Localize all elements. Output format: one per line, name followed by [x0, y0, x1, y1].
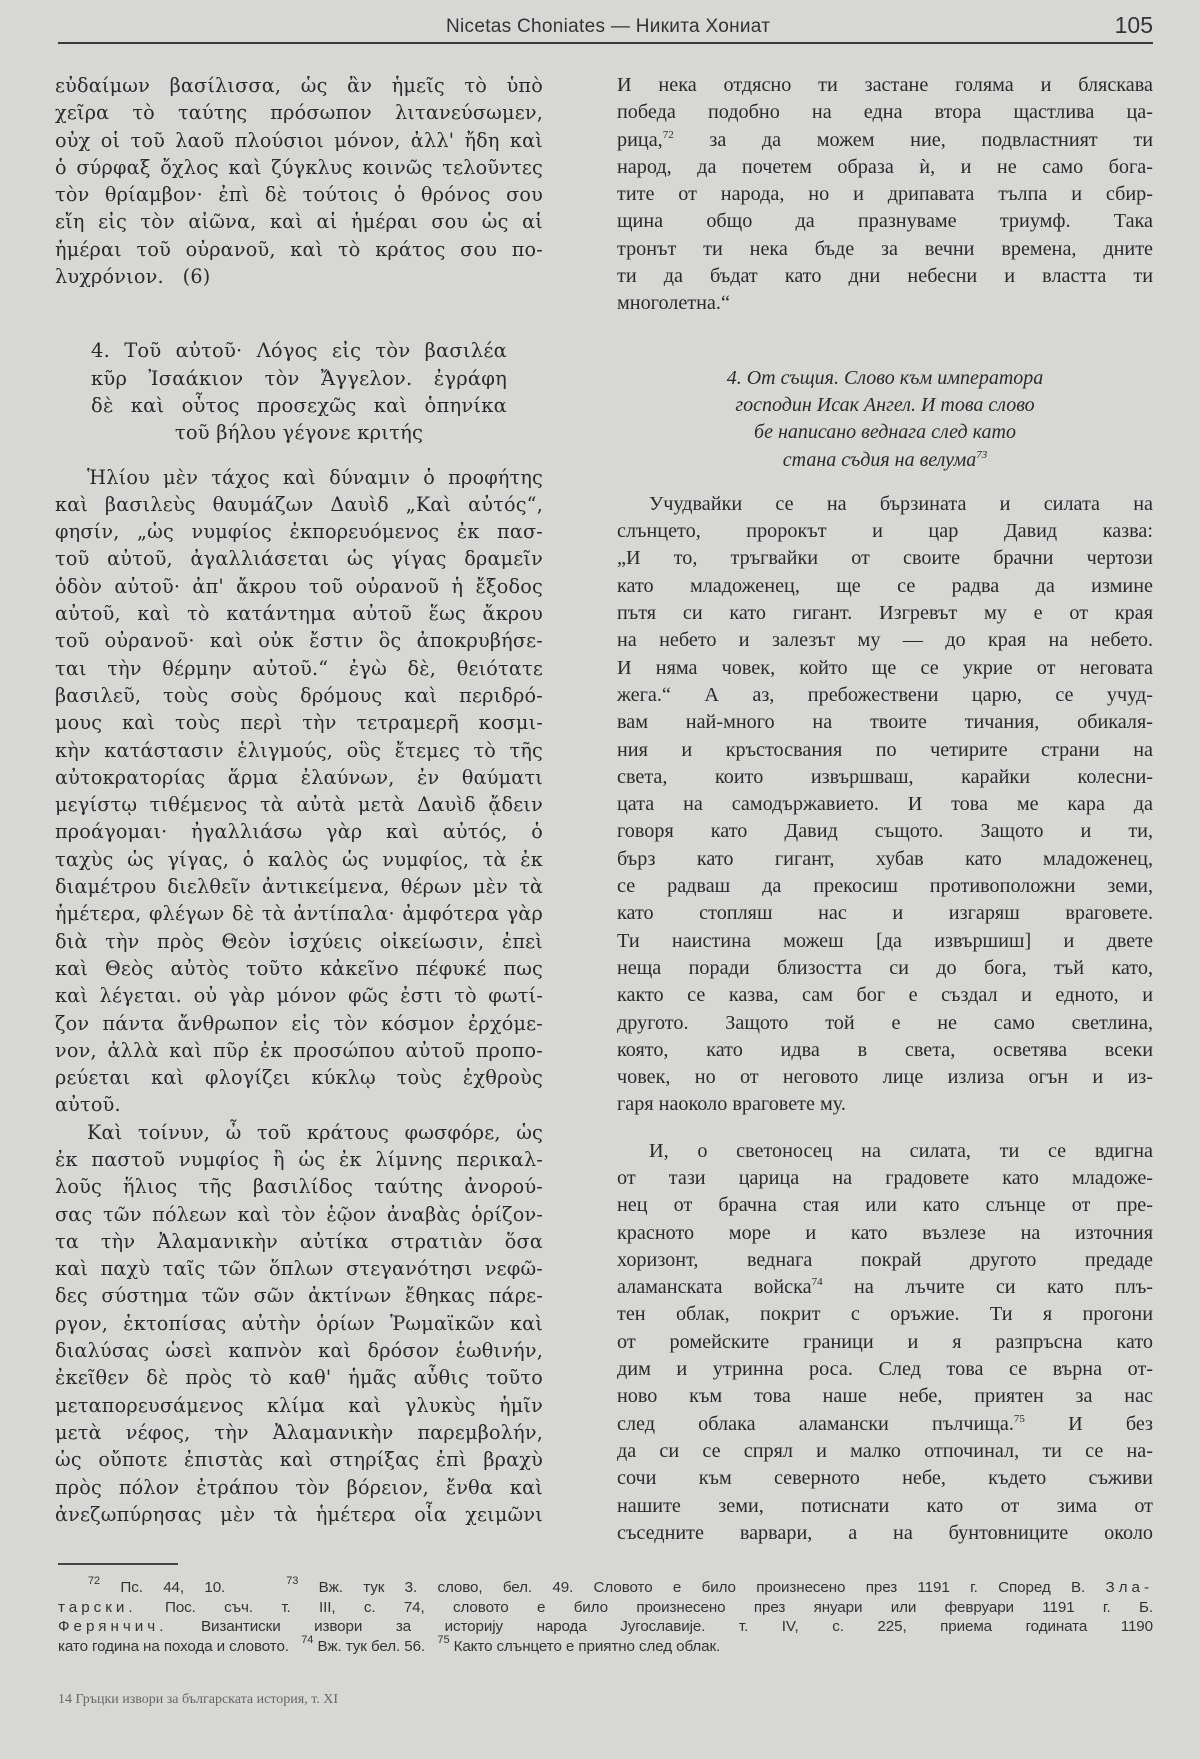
text-line: ἡμέτερα, φλέγων δὲ τὰ ἀντίπαλα· ἀμφότερα… [55, 900, 543, 927]
text-line: човек, но от неговото лице излиза огън и… [617, 1064, 1153, 1091]
text-line: както се казва, сам бог е създал и еднот… [617, 982, 1153, 1009]
text-line: щина общо да празнуваме триумф. Така [617, 208, 1153, 235]
text-line: тронът ти нека бъде за вечни времена, дн… [617, 236, 1153, 263]
footnote-separator [58, 1563, 178, 1565]
text-line: бърз като гигант, хубав като младоженец, [617, 846, 1153, 873]
text-line: да си се спрял и малко отпочинал, ти се … [617, 1438, 1153, 1465]
heading-line: 4. От същия. Слово към императора [617, 365, 1153, 392]
text-line: προάγομαι· ἠγαλλιάσω γὰρ καὶ αὐτός, ὁ [55, 818, 543, 845]
text-line: τα τὴν Ἀλαμανικὴν αὐτίκα στρατιὰν ὅσα [55, 1228, 543, 1255]
text-line: ὁ σύρφαξ ὄχλος καὶ ζύγκλυς κοινῶς τελοῦν… [55, 154, 543, 181]
text-line: τὸν θρίαμβον· ἐπὶ δὲ τούτοις ὁ θρόνος σο… [55, 181, 543, 208]
author-name: Ферянчич. [58, 1618, 167, 1635]
text-line: δες σύστημα τῶν σῶν ἀκτίνων ἔθηκας πάρε- [55, 1282, 543, 1309]
footnote-line: Ферянчич. Византиски извори за историју … [58, 1617, 1153, 1637]
text-line: μεγίστῳ τιθέμενος τὰ αὐτὰ μετὰ Δαυὶδ ᾄδε… [55, 791, 543, 818]
greek-paragraph-3: Καὶ τοίνυν, ὦ τοῦ κράτους φωσφόρε, ὡς ἐκ… [55, 1119, 543, 1528]
text-line: ται τὴν θέρμην αὐτοῦ.“ ἐγὼ δὲ, θειότατε [55, 655, 543, 682]
text-line: рица,72 за да можем ние, подвластният ти [617, 127, 1153, 154]
text-line: ὡς οὔποτε ἐπιστὰς καὶ στηρίξας ἐπὶ βραχὺ [55, 1446, 543, 1473]
footnote-line: като година на похода и словото. 74 Вж. … [58, 1637, 1153, 1657]
text-line: тите от народа, но и дрипавата тълпа и с… [617, 181, 1153, 208]
text-line: ἀνεζωπύρησας μὲν τὰ ἡμέτερα οἷα χειμῶνι [55, 1501, 543, 1528]
text-line: τοῦ οὐρανοῦ· καὶ οὐκ ἔστιν ὃς ἀποκρυβήσε… [55, 627, 543, 654]
text-line: Καὶ τοίνυν, ὦ τοῦ κράτους φωσφόρε, ὡς [55, 1119, 543, 1146]
text-line: на небето и залезът му — до края на небе… [617, 627, 1153, 654]
text-line: βασιλεῦ, τοὺς σοὺς δρόμους καὶ περιδρό- [55, 682, 543, 709]
text-line: ново към това наше небе, приятен за нас [617, 1383, 1153, 1410]
text-line: другото. Защото той е не само светлина, [617, 1010, 1153, 1037]
bulgarian-paragraph-2: Учудвайки се на бързината и силата на сл… [617, 491, 1153, 1119]
text-line: неща поради близостта си до бога, тъй ка… [617, 955, 1153, 982]
footnote-ref-74[interactable]: 74 [812, 1276, 823, 1288]
footnote-72-text: Пс. 44, 10. [120, 1579, 225, 1596]
text-line: пътя си като гигант. Изгревът му е от кр… [617, 600, 1153, 627]
text-line: от ромейските граници и я разпръсна като [617, 1329, 1153, 1356]
footnote-73-text: Пос. съч. т. III, с. 74, словото е било … [165, 1599, 1153, 1616]
text-line: съседните варвари, а на бунтовниците око… [617, 1520, 1153, 1547]
text-line: тен облак, покрит с оръжие. Ти я прогони [617, 1301, 1153, 1328]
author-name: тарски. [58, 1599, 137, 1616]
text-line: ργον, ἐκτοπίσας αὐτὴν ὁρίων Ῥωμαϊκῶν καὶ [55, 1310, 543, 1337]
footnotes: 72 Пс. 44, 10. 73 Вж. тук 3. слово, бел.… [58, 1578, 1153, 1656]
text-line: победа подобно на една втора щастлива ца… [617, 99, 1153, 126]
footnote-75-text: Както слънцето е приятно след облак. [454, 1638, 721, 1655]
text-line: „И то, тръгвайки от своите брачни чертоз… [617, 545, 1153, 572]
footnote-74-marker: 74 [301, 1634, 313, 1646]
footnote-ref-73[interactable]: 73 [976, 449, 987, 461]
footnote-line: тарски. Пос. съч. т. III, с. 74, словото… [58, 1598, 1153, 1618]
footnote-73-text: Вж. тук 3. слово, бел. 49. Словото е бил… [319, 1579, 1085, 1596]
footnote-72-marker: 72 [88, 1575, 100, 1587]
text-line: φησίν, „ὡς νυμφίος ἐκπορευόμενος ἐκ πασ- [55, 518, 543, 545]
text-line: Учудвайки се на бързината и силата на [617, 491, 1153, 518]
text-line: εὐδαίμων βασίλισσα, ὡς ἂν ἡμεῖς τὸ ὑπὸ [55, 72, 543, 99]
text-line: гаря наоколо враговете му. [617, 1091, 1153, 1118]
footnote-73-text: Византиски извори за историју народа Југ… [201, 1618, 1153, 1635]
text-line: която, като идва в света, осветява всеки [617, 1037, 1153, 1064]
text-line: οὐχ οἱ τοῦ λαοῦ πλούσιοι μόνον, ἀλλ' ἤδη… [55, 127, 543, 154]
heading-line: 4. Τοῦ αὐτοῦ· Λόγος εἰς τὸν βασιλέα [55, 337, 543, 364]
footnote-74-text: Вж. тук бел. 56. [317, 1638, 425, 1655]
text-line: τοῦ αὐτοῦ, ἀγαλλιάσεται ὡς γίγας δραμεῖν [55, 545, 543, 572]
text-line: λοῦς ἥλιος τῆς βασιλίδος ταύτης ἀνορού- [55, 1173, 543, 1200]
text-line: И нека отдясно ти застане голяма и бляск… [617, 72, 1153, 99]
text-line: Ти наистина можеш [да извършиш] и двете [617, 928, 1153, 955]
text-line: след облака аламански пълчища.75 И без [617, 1411, 1153, 1438]
text-line: ти да бъдат като дни небесни и властта т… [617, 263, 1153, 290]
running-title: Nicetas Choniates — Никита Хониат [446, 16, 770, 38]
text-line: като младоженец, ще се радва да измине [617, 573, 1153, 600]
text-line: πρὸς πόλον ἐτράπου τὸν βόρειον, ἔνθα καὶ [55, 1474, 543, 1501]
text-line: като стопляш нас и изгаряш враговете. [617, 900, 1153, 927]
text-line: ρεύεται καὶ φλογίζει κύκλῳ τοὺς ἐχθροὺς [55, 1064, 543, 1091]
text-line: μους καὶ τοὺς περὶ τὴν τετραμερῆ κοσμι- [55, 709, 543, 736]
text-line: многолетна.“ [617, 290, 1153, 317]
text-line: ἐκ παστοῦ νυμφίος ἢ ὡς ἐκ λίμνης περικαλ… [55, 1146, 543, 1173]
text-line: сочи към северното небе, където съживи [617, 1465, 1153, 1492]
footnote-ref-72[interactable]: 72 [663, 129, 674, 141]
text-line: слънцето, пророкът и цар Давид казва: [617, 518, 1153, 545]
text-line: ния и кръстосвания по четирите страни на [617, 737, 1153, 764]
text-line: ἐκεῖθεν δὲ πρὸς τὸ καθ' ἡμᾶς αὖθις τοῦτο [55, 1364, 543, 1391]
bulgarian-paragraph-1: И нека отдясно ти застане голяма и бляск… [617, 72, 1153, 318]
text-line: ὁδὸν αὐτοῦ· ἀπ' ἄκρου τοῦ οὐρανοῦ ἡ ἔξοδ… [55, 573, 543, 600]
author-name: Зла- [1105, 1579, 1153, 1596]
page-number: 105 [1115, 12, 1153, 39]
text-line: καὶ λέγεται. οὐ γὰρ μόνον φῶς ἐστι τὸ φω… [55, 982, 543, 1009]
heading-line: τοῦ βήλου γέγονε κριτής [55, 419, 543, 446]
text-line: διαλύσας ὡσεὶ καπνὸν καὶ δρόσον ἑωθινήν, [55, 1337, 543, 1364]
text-line: аламанската войска74 на лъчите си като п… [617, 1274, 1153, 1301]
text-line: хоризонт, веднага покрай другото предаде [617, 1247, 1153, 1274]
text-line: αὐτοῦ. [55, 1091, 543, 1118]
text-line: нец от брачна стая или като слънце от пр… [617, 1192, 1153, 1219]
text-line: καὶ βασιλεὺς θαυμάζων Δαυὶδ „Καὶ αὐτός“, [55, 491, 543, 518]
heading-line: бе написано веднага след като [617, 419, 1153, 446]
greek-paragraph-2: Ἡλίου μὲν τάχος καὶ δύναμιν ὁ προφήτης κ… [55, 464, 543, 1119]
text-line: дим и утринна роса. След това се върна о… [617, 1356, 1153, 1383]
text-line: σας τῶν πόλεων καὶ τὸν ἑῷον ἀναβὰς ὁρίζο… [55, 1201, 543, 1228]
text-line: χεῖρα τὸ ταύτης πρόσωπον λιτανεύσωμεν, [55, 99, 543, 126]
text-line: αὐτοκρατορίας ἅρμα ἐλαύνων, ἐν θαύματι [55, 764, 543, 791]
header-rule [58, 42, 1153, 44]
text-line: говоря като Давид същото. Защото и ти, [617, 818, 1153, 845]
greek-column: εὐδαίμων βασίλισσα, ὡς ἂν ἡμεῖς τὸ ὑπὸ χ… [55, 72, 543, 1528]
text-line: διαμέτρου διελθεῖν ἀντικείμενα, θέρων μὲ… [55, 873, 543, 900]
bulgarian-column: И нека отдясно ти застане голяма и бляск… [617, 72, 1153, 1547]
text-line: И няма човек, който ще се укрие от негов… [617, 655, 1153, 682]
greek-paragraph-1: εὐδαίμων βασίλισσα, ὡς ἂν ἡμεῖς τὸ ὑπὸ χ… [55, 72, 543, 290]
text-line: Ἡλίου μὲν τάχος καὶ δύναμιν ὁ προφήτης [55, 464, 543, 491]
footnote-75-marker: 75 [437, 1634, 449, 1646]
text-line: λυχρόνιον. (6) [55, 263, 543, 290]
text-line: νον, ἀλλὰ καὶ πῦρ ἐκ προσώπου αὐτοῦ προπ… [55, 1037, 543, 1064]
text-line: народ, да почетем образа ѝ, и не само бо… [617, 154, 1153, 181]
text-line: καὶ Θεὸς αὐτὸς τοῦτο κἀκεῖνο πέφυκέ πως [55, 955, 543, 982]
text-line: καὶ παχὺ ταῖς τῶν ὅπλων στεγανότησι νεφῶ… [55, 1255, 543, 1282]
text-line: μετὰ νέφος, τὴν Ἀλαμανικὴν παρεμβολήν, [55, 1419, 543, 1446]
printer-signature: 14 Гръцки извори за българската история,… [58, 1692, 338, 1708]
text-line: жега.“ А аз, пребожествени царю, се учуд… [617, 682, 1153, 709]
bulgarian-section-heading: 4. От същия. Слово към императора господ… [617, 365, 1153, 474]
text-line: ταχὺς ὡς γίγας, ὁ καλὸς ὡς νυμφίος, τὰ ἐ… [55, 846, 543, 873]
footnote-73-marker: 73 [286, 1575, 298, 1587]
text-line: εἴη εἰς τὸν αἰῶνα, καὶ αἱ ἡμέραι σου ὡς … [55, 208, 543, 235]
text-line: цата на самодържавието. И това ме кара д… [617, 791, 1153, 818]
text-line: ζον πάντα ἄνθρωπον εἰς τὸν κόσμον ἐρχόμε… [55, 1010, 543, 1037]
text-line: κὴν κατάστασιν ἑλιγμούς, οὓς ἔτεμες τὸ τ… [55, 737, 543, 764]
text-line: вам най-много на твоите тичания, обикаля… [617, 709, 1153, 736]
footnote-ref-75[interactable]: 75 [1014, 1413, 1025, 1425]
text-line: от тази царица на градовете като младоже… [617, 1165, 1153, 1192]
text-line: се радваш да прекосиш противоположни зем… [617, 873, 1153, 900]
heading-line: стана съдия на велума73 [617, 447, 1153, 474]
text-line: διὰ τὴν πρὸς Θεὸν ἰσχύεις οἰκείωσιν, ἐπε… [55, 928, 543, 955]
text-line: нашите земи, потиснати като от зима от [617, 1493, 1153, 1520]
text-line: μεταπορευσάμενος κλίμα καὶ γλυκὺς ἡμῖν [55, 1392, 543, 1419]
heading-line: δὲ καὶ οὗτος προσεχῶς καὶ ὁπηνίκα [55, 392, 543, 419]
running-header: Nicetas Choniates — Никита Хониат 105 [58, 10, 1153, 44]
text-line: ἡμέραι τοῦ οὐρανοῦ, καὶ τὸ κράτος σου πο… [55, 236, 543, 263]
greek-section-heading: 4. Τοῦ αὐτοῦ· Λόγος εἰς τὸν βασιλέα κῦρ … [55, 337, 543, 446]
footnote-line: 72 Пс. 44, 10. 73 Вж. тук 3. слово, бел.… [58, 1578, 1153, 1598]
heading-line: господин Исак Ангел. И това слово [617, 392, 1153, 419]
bulgarian-paragraph-3: И, о светоносец на силата, ти се вдигна … [617, 1138, 1153, 1547]
heading-line: κῦρ Ἰσαάκιον τὸν Ἄγγελον. ἐγράφη [55, 365, 543, 392]
text-line: αὐτοῦ, καὶ τὸ κατάντημα αὐτοῦ ἕως ἄκρου [55, 600, 543, 627]
text-line: света, които извършваш, карайки колесни- [617, 764, 1153, 791]
footnote-73-text: като година на похода и словото. [58, 1638, 289, 1655]
text-line: красното море и като възлезе на източния [617, 1220, 1153, 1247]
text-line: И, о светоносец на силата, ти се вдигна [617, 1138, 1153, 1165]
